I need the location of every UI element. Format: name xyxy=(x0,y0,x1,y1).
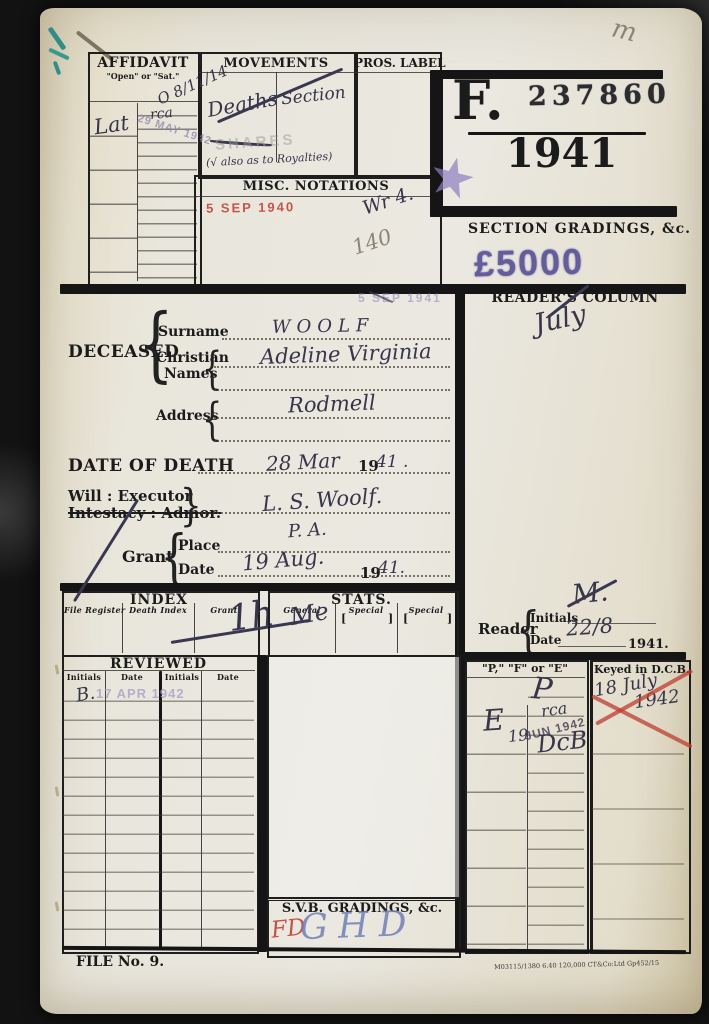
file-no-label: FILE No. 9. xyxy=(76,954,164,970)
index-col-file-register: File Register xyxy=(64,605,122,615)
movements-title: MOVEMENTS xyxy=(200,56,352,71)
pros-label-title: PROS. LABEL xyxy=(354,56,438,70)
christian-brace: { xyxy=(202,341,222,394)
section-gradings-title: SECTION GRADINGS, &c. xyxy=(468,221,691,237)
reader-date-value: 22/8 xyxy=(565,613,614,640)
index-divider-1 xyxy=(122,603,123,653)
section-gradings-amount: £5000 xyxy=(473,241,584,286)
reader-brace: { xyxy=(516,601,540,658)
index-divider-2 xyxy=(194,603,195,653)
affidavit-grid-divider xyxy=(137,103,138,281)
grant-brace: { xyxy=(160,523,188,592)
affidavit-note-lat: Lat xyxy=(92,111,130,140)
affidavit-title: AFFIDAVIT xyxy=(90,55,196,71)
date-of-death-year-written: 41 . xyxy=(376,452,408,472)
pfe-title: "P," "F" or "E" xyxy=(466,662,584,675)
will-line xyxy=(198,512,450,514)
address-brace: { xyxy=(202,392,222,445)
reviewed-col-date-1: Date xyxy=(106,672,158,682)
stats-divider-1 xyxy=(335,603,336,653)
file-letter: F. xyxy=(452,68,504,132)
middle-divider-vertical xyxy=(258,655,267,952)
pfe-note-e: E xyxy=(482,702,505,737)
middle-blank-box xyxy=(267,655,461,899)
address-line-1 xyxy=(214,417,450,419)
index-col-death-index: Death Index xyxy=(124,605,192,615)
document-photo: m AFFIDAVIT "Open" or "Sat." O 8/11/14 L… xyxy=(0,0,709,1024)
reviewed-grid-rows xyxy=(63,683,254,948)
reader-date-line xyxy=(558,646,626,647)
pfe-note-rca: rca xyxy=(540,698,569,720)
will-executor-label: Will : Executor xyxy=(68,487,192,505)
misc-date-stamp: 5 SEP 1940 xyxy=(206,199,295,216)
surname-value: WOOLF xyxy=(272,315,375,338)
reviewed-row1-initials: B. xyxy=(74,683,96,707)
will-pa-value: P. A. xyxy=(287,519,327,543)
surname-label: Surname xyxy=(158,324,229,340)
grant-date-line xyxy=(218,575,450,577)
grant-date-label: Date xyxy=(178,562,215,578)
reviewed-row1-stamp: 17 APR 1942 xyxy=(96,686,185,701)
stats-bracket-close-1: ] xyxy=(388,612,393,625)
stats-bracket-close-2: ] xyxy=(447,612,452,625)
grant-place-label: Place xyxy=(178,538,220,554)
reviewed-col-date-2: Date xyxy=(203,672,253,682)
christian-line-2 xyxy=(214,389,450,391)
file-year: 1941 xyxy=(506,130,617,177)
address-value: Rodmell xyxy=(288,390,376,417)
grid-line xyxy=(88,101,198,102)
file-number: 237860 xyxy=(528,79,671,112)
grid-line xyxy=(354,72,438,73)
right-divider xyxy=(460,652,686,660)
stats-bracket-open-1: [ xyxy=(341,612,346,625)
grant-year-written: 41. xyxy=(378,558,405,578)
reviewed-col-initials-1: Initials xyxy=(64,672,104,682)
reviewed-col-initials-2: Initials xyxy=(163,672,201,682)
stats-bracket-open-2: [ xyxy=(403,612,408,625)
index-divider xyxy=(60,583,457,591)
reader-date-label: Date xyxy=(530,633,561,647)
stats-divider-2 xyxy=(397,603,398,653)
grid-line xyxy=(465,677,585,678)
address-line-2 xyxy=(214,440,450,442)
reader-year-printed: 1941. xyxy=(628,637,669,652)
pfe-scrawl: DcB xyxy=(536,725,589,758)
svb-blue-note: GHD xyxy=(299,904,417,948)
date-of-death-value: 28 Mar xyxy=(265,448,340,476)
